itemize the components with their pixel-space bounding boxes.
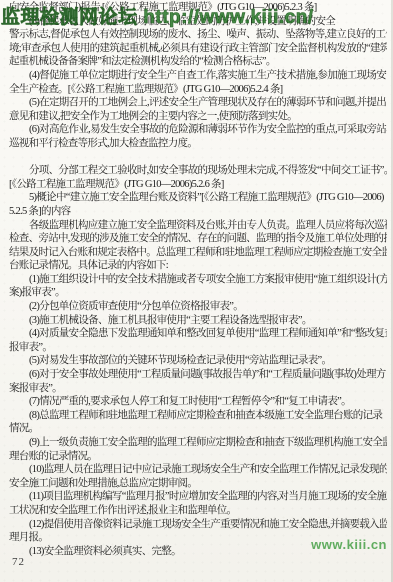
text-line: (4)对质量安全隐患下发监理通知单和整改回复单使用“监理工程师通知单”和“整改复…: [9, 327, 387, 341]
text-line: (4)督促施工单位定期进行安全生产自查工作,落实施工生产技术措施,参加施工现场安: [9, 69, 387, 83]
text-line: [《公路工程施工监理规范》(JTG G10—2006)5.2.6 条]: [9, 178, 387, 192]
text-line: (1)施工组织设计中的安全技术措施或者专项安全施工方案报审使用“施工组织设计(方: [9, 273, 387, 287]
page-number: 72: [12, 556, 25, 568]
text-line: 案报审表”。: [9, 382, 387, 396]
text-line: 各级监理机构应建立施工安全监理资料及台账,并由专人负责。监理人员应将每次巡视、: [9, 219, 387, 233]
text-line: 全生产检查。[《公路工程施工监理规范》(JTG G10—2006)5.2.4 条…: [9, 83, 387, 97]
text-line: 情况。: [9, 422, 387, 436]
text-line: (8)总监理工程师和驻地监理工程师应定期检查和抽查本级施工安全监理台账的记录: [9, 409, 387, 423]
text-line: (6)对高危作业,易发生安全事故的危险源和薄弱环节作为安全监控的重点,可采取旁站…: [9, 123, 387, 137]
text-line: 检查、旁站中,发现的涉及施工安全的情况、存在的问题、监理的指令及施工单位处理的措…: [9, 232, 387, 246]
text-line: (5)在定期召开的工地例会上,评述安全生产管理现状及存在的薄弱环节和问题,并提出: [9, 96, 387, 110]
text-line: 警示标志,督促承包人有效控制现场的废水、扬尘、噪声、振动、坠落物等,建立良好的工…: [9, 28, 387, 42]
scanned-page: 向安全监督部门)报告 [《公路工程施工监理规范》(JTG G10—2006)5.…: [0, 0, 393, 582]
text-line: 案)报审表”。: [9, 286, 387, 300]
text-line: (12)提倡使用音像资料记录施工现场安全生产重要情况和施工安全隐患,并摘要载入监: [9, 518, 387, 532]
text-line: 巡视和平行检查等形式,加大检查监控力度。: [9, 137, 387, 151]
document-body: 向安全监督部门)报告 [《公路工程施工监理规范》(JTG G10—2006)5.…: [9, 1, 387, 558]
text-line: 5.2.5 条]的内容: [9, 205, 387, 219]
text-line: 理台账的记录情况。: [9, 450, 387, 464]
text-line: 分项、分部工程交工验收时,如安全事故的现场处理未完成,不得签发“中间交工证书”。: [9, 164, 387, 178]
text-line: (5)对易发生事故部位的关键环节现场检查记录使用“旁站监理记录表”。: [9, 354, 387, 368]
text-line: 结果及时记入台账和规定表格中。总监理工程师和驻地监理工程师应定期检查施工安全监理: [9, 246, 387, 260]
text-line: (11)项目监理机构编写“监理月报”时应增加安全监理的内容,对当月施工现场的安全…: [9, 490, 387, 504]
forum-watermark-top: 监理检测网论坛 http://www.kiii.cn/: [1, 2, 314, 29]
text-line: (2)分包单位资质审查使用“分包单位资格报审表”。: [9, 300, 387, 314]
text-line: 报审表”。: [9, 341, 387, 355]
text-line: (7)情况严重的,要求承包人停工和复工时使用“工程暂停令”和“复工申请表”。: [9, 395, 387, 409]
text-line: (9)上一级负责施工安全监理的监理工程师应定期检查和抽查下级监理机构施工安全监: [9, 436, 387, 450]
text-line: (3)施工机械设备、施工机具报审使用“主要工程设备选型报审表”。: [9, 314, 387, 328]
text-line: 工状况和安全监理工作作出评述,报业主和监理单位。: [9, 504, 387, 518]
text-line: 5)概论中“建立施工安全监理台账及资料”[《公路工程施工监理规范》(JTG G1…: [9, 191, 387, 205]
text-line: 台账记录情况。具体记录的内容如下:: [9, 259, 387, 273]
blank-line: [9, 151, 387, 165]
text-line: (6)对于安全事故处理使用“工程质量问题(事故报告单)”和“工程质量问题(事故)…: [9, 368, 387, 382]
text-line: 起重机械设备备案牌”和法定检测机构发给的“检测合格标志”。: [9, 55, 387, 69]
text-line: 境;审查承包人使用的建筑起重机械,必须具有建设行政主管部门安全监督机构发放的“建…: [9, 42, 387, 56]
text-line: (10)监理人员在监理日记中应记录施工现场安全生产和安全监理工作情况,记录发现的: [9, 463, 387, 477]
forum-watermark-bottom: www.kiii.cn: [311, 537, 387, 552]
text-line: 意见和建议,把安全作为工地例会的主要内容之一,使预防落到实处。: [9, 110, 387, 124]
text-line: 安全施工问题和处理措施,总监应定期审阅。: [9, 477, 387, 491]
